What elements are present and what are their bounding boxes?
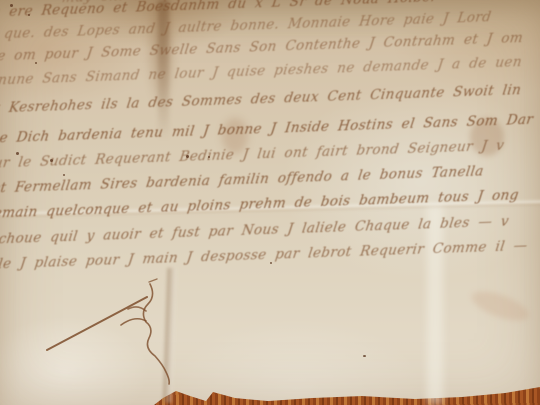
pen-flourish — [0, 0, 540, 405]
manuscript-photo: muy ont Soequono et Loed a ere Requeno e… — [0, 0, 540, 405]
